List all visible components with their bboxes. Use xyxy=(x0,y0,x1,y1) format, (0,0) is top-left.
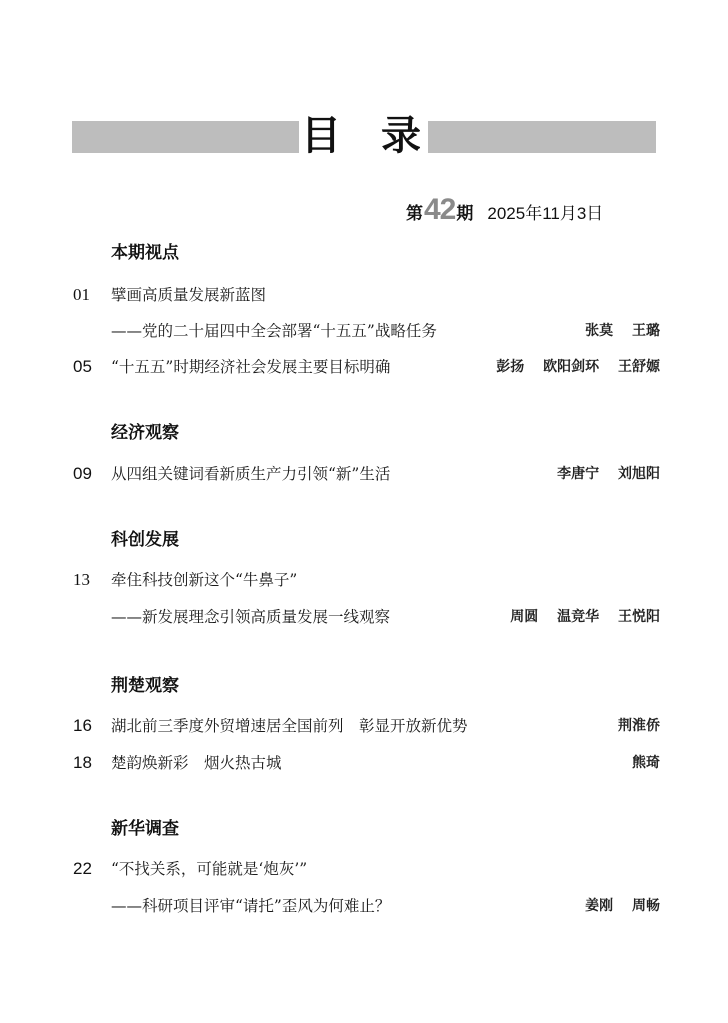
toc-entry[interactable]: 13 牵住科技创新这个“牛鼻子” xyxy=(0,568,728,592)
entry-title[interactable]: 擘画高质量发展新蓝图 xyxy=(111,283,266,307)
entry-title[interactable]: 湖北前三季度外贸增速居全国前列 彰显开放新优势 xyxy=(111,714,468,738)
section-title: 荆楚观察 xyxy=(111,675,179,697)
entry-title[interactable]: 从四组关键词看新质生产力引领“新”生活 xyxy=(111,462,390,486)
issue-prefix: 第 xyxy=(406,199,423,224)
title-bar-right xyxy=(428,121,656,153)
toc-entry[interactable]: 18 楚韵焕新彩 烟火热古城 熊琦 xyxy=(0,751,728,775)
toc-entry-subtitle-row: ——新发展理念引领高质量发展一线观察 周圆 温竞华 王悦阳 xyxy=(0,605,728,629)
author: 刘旭阳 xyxy=(618,466,660,482)
author: 欧阳剑环 xyxy=(543,359,599,375)
page-number: 16 xyxy=(73,714,92,738)
entry-authors: 熊琦 xyxy=(632,751,660,775)
author: 周畅 xyxy=(632,898,660,914)
author: 张莫 xyxy=(585,323,613,339)
entry-title[interactable]: “不找关系，可能就是‘炮灰’” xyxy=(111,857,307,881)
section-title: 新华调查 xyxy=(111,818,179,840)
issue-suffix: 期 xyxy=(456,199,473,224)
page-title-char-2: 录 xyxy=(381,114,421,158)
entry-authors: 姜刚 周畅 xyxy=(585,894,660,918)
entry-title[interactable]: 牵住科技创新这个“牛鼻子” xyxy=(111,568,297,592)
entry-subtitle: ——新发展理念引领高质量发展一线观察 xyxy=(111,605,390,629)
entry-authors: 李唐宁 刘旭阳 xyxy=(557,462,660,486)
author: 姜刚 xyxy=(585,898,613,914)
author: 周圆 xyxy=(510,609,538,625)
issue-info: 第 42 期 2025年11月3日 xyxy=(406,193,603,227)
page-title-char-1: 目 xyxy=(301,114,341,158)
issue-date: 2025年11月3日 xyxy=(487,199,603,224)
toc-entry[interactable]: 22 “不找关系，可能就是‘炮灰’” xyxy=(0,857,728,881)
page-number: 18 xyxy=(73,751,92,775)
entry-title[interactable]: 楚韵焕新彩 烟火热古城 xyxy=(111,751,282,775)
entry-authors: 周圆 温竞华 王悦阳 xyxy=(510,605,660,629)
issue-number: 42 xyxy=(424,193,455,227)
author: 王悦阳 xyxy=(618,609,660,625)
toc-entry[interactable]: 05 “十五五”时期经济社会发展主要目标明确 彭扬 欧阳剑环 王舒嫄 xyxy=(0,355,728,379)
entry-subtitle: ——科研项目评审“请托”歪风为何难止？ xyxy=(111,894,390,918)
section-title: 经济观察 xyxy=(111,422,179,444)
section-title: 科创发展 xyxy=(111,529,179,551)
toc-entry-subtitle-row: ——科研项目评审“请托”歪风为何难止？ 姜刚 周畅 xyxy=(0,894,728,918)
page-number: 01 xyxy=(73,283,90,307)
page-number: 13 xyxy=(73,568,90,592)
entry-subtitle: ——党的二十届四中全会部署“十五五”战略任务 xyxy=(111,319,437,343)
page-number: 05 xyxy=(73,355,92,379)
author: 李唐宁 xyxy=(557,466,599,482)
title-bar-left xyxy=(72,121,299,153)
author: 荆淮侨 xyxy=(618,718,660,734)
entry-authors: 彭扬 欧阳剑环 王舒嫄 xyxy=(496,355,660,379)
entry-title[interactable]: “十五五”时期经济社会发展主要目标明确 xyxy=(111,355,390,379)
author: 王璐 xyxy=(632,323,660,339)
page-number: 09 xyxy=(73,462,92,486)
author: 熊琦 xyxy=(632,755,660,771)
toc-entry[interactable]: 09 从四组关键词看新质生产力引领“新”生活 李唐宁 刘旭阳 xyxy=(0,462,728,486)
entry-authors: 荆淮侨 xyxy=(618,714,660,738)
section-title: 本期视点 xyxy=(111,242,179,264)
toc-entry[interactable]: 01 擘画高质量发展新蓝图 xyxy=(0,283,728,307)
toc-entry[interactable]: 16 湖北前三季度外贸增速居全国前列 彰显开放新优势 荆淮侨 xyxy=(0,714,728,738)
author: 王舒嫄 xyxy=(618,359,660,375)
page-number: 22 xyxy=(73,857,92,881)
author: 温竞华 xyxy=(557,609,599,625)
toc-entry-subtitle-row: ——党的二十届四中全会部署“十五五”战略任务 张莫 王璐 xyxy=(0,319,728,343)
author: 彭扬 xyxy=(496,359,524,375)
entry-authors: 张莫 王璐 xyxy=(585,319,660,343)
